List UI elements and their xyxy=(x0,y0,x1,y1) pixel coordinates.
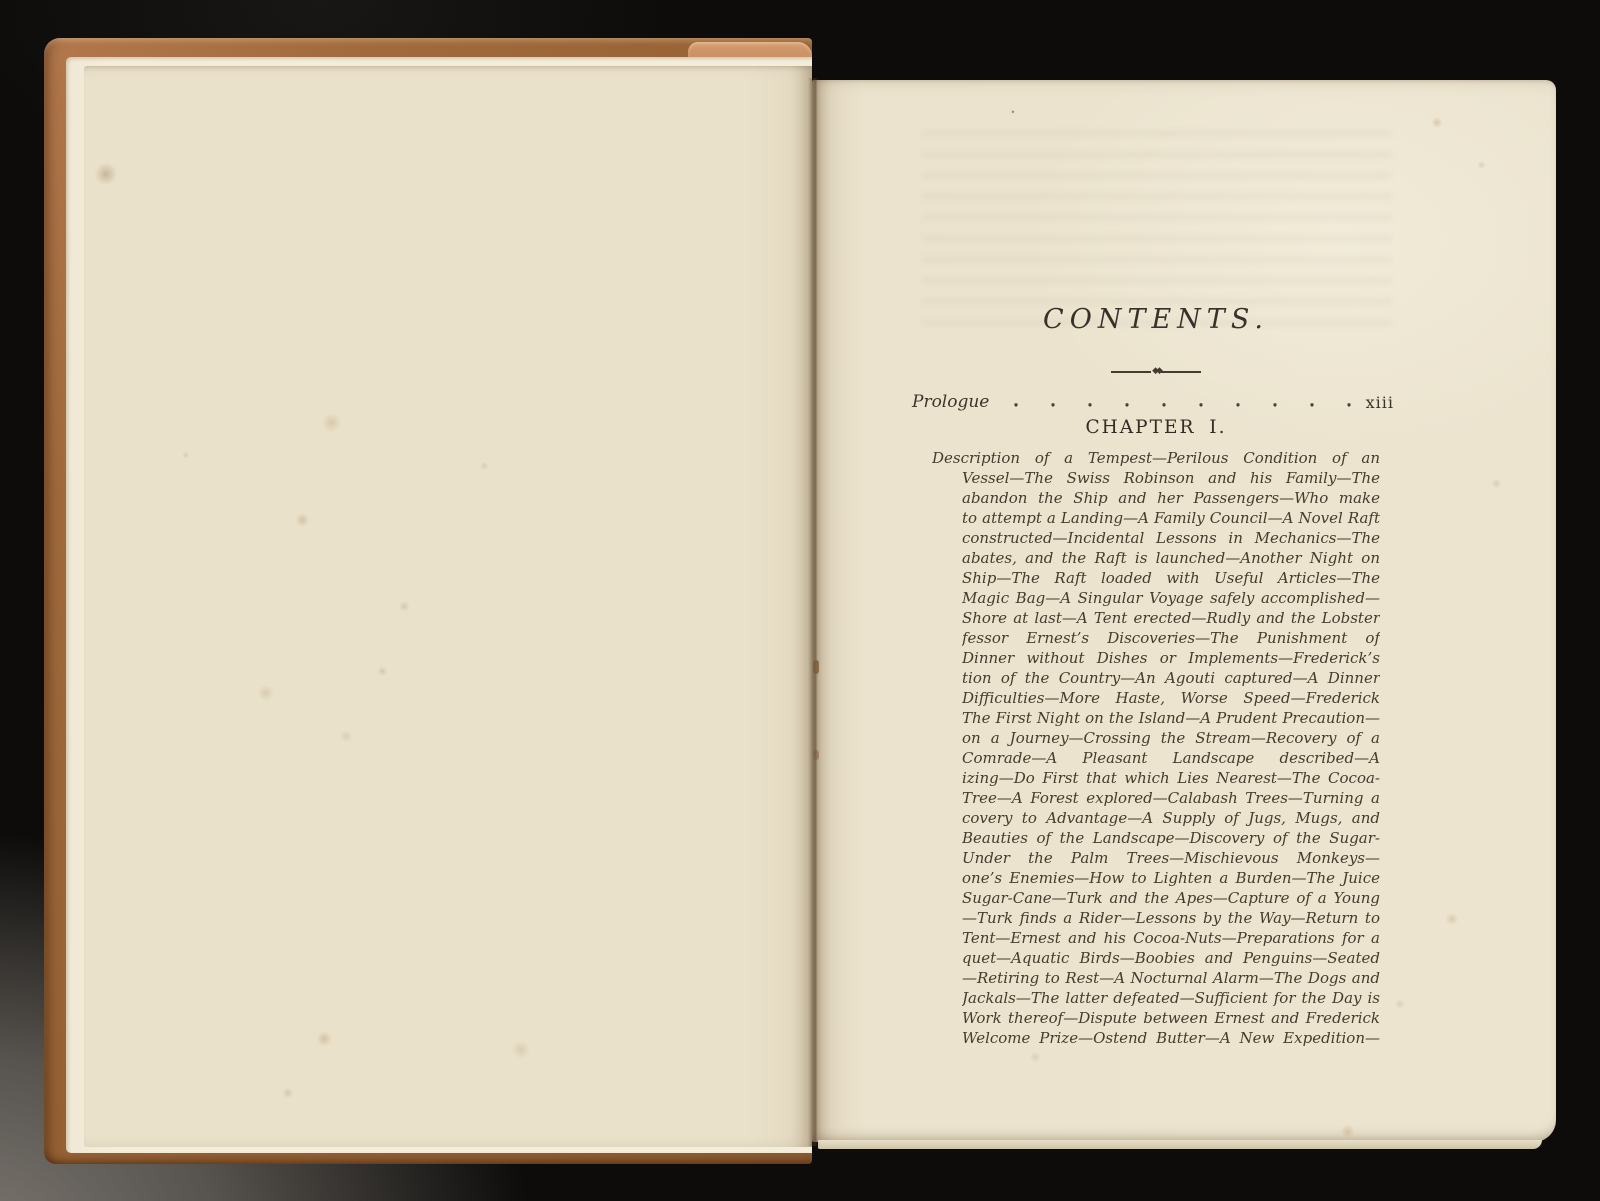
contents-line: abates, and the Raft is launched—Another… xyxy=(962,548,1380,568)
contents-line: Vessel—The Swiss Robinson and his Family… xyxy=(962,468,1380,488)
prologue-label: Prologue xyxy=(912,392,989,412)
contents-line: fessor Ernest’s Discoveries—The Punishme… xyxy=(962,628,1380,648)
contents-line: Welcome Prize—Ostend Butter—A New Expedi… xyxy=(962,1028,1380,1048)
contents-line: one’s Enemies—How to Lighten a Burden—Th… xyxy=(962,868,1380,888)
contents-line: tion of the Country—An Agouti captured—A… xyxy=(962,668,1380,688)
section-ornament: ◆◆ xyxy=(932,366,1380,378)
contents-line: Shore at last—A Tent erected—Rudly and t… xyxy=(962,608,1380,628)
contents-line: Ship—The Raft loaded with Useful Article… xyxy=(962,568,1380,588)
contents-line: Under the Palm Trees—Mischievous Monkeys… xyxy=(962,848,1380,868)
photo-background: CONTENTS. ◆◆ Prologue xiii CHAPTER I. De… xyxy=(0,0,1600,1201)
contents-line: Work thereof—Dispute between Ernest and … xyxy=(962,1008,1380,1028)
right-page-under-leaf xyxy=(818,1140,1542,1149)
chapter-summary: Description of a Tempest—Perilous Condit… xyxy=(962,448,1380,1048)
contents-line: Tree—A Forest explored—Calabash Trees—Tu… xyxy=(962,788,1380,808)
contents-line: —Turk finds a Rider—Lessons by the Way—R… xyxy=(962,908,1380,928)
dot-leader xyxy=(1013,390,1351,414)
contents-line: to attempt a Landing—A Family Council—A … xyxy=(962,508,1380,528)
contents-line: Jackals—The latter defeated—Sufficient f… xyxy=(962,988,1380,1008)
contents-line: abandon the Ship and her Passengers—Who … xyxy=(962,488,1380,508)
contents-line: Difficulties—More Haste, Worse Speed—Fre… xyxy=(962,688,1380,708)
page-title: CONTENTS. xyxy=(932,304,1380,335)
contents-line: on a Journey—Crossing the Stream—Recover… xyxy=(962,728,1380,748)
prologue-page-number: xiii xyxy=(1366,393,1394,412)
contents-line: —Retiring to Rest—A Nocturnal Alarm—The … xyxy=(962,968,1380,988)
left-blank-page xyxy=(84,66,812,1147)
contents-line: constructed—Incidental Lessons in Mechan… xyxy=(962,528,1380,548)
contents-line: Beauties of the Landscape—Discovery of t… xyxy=(962,828,1380,848)
binding-stitch xyxy=(813,750,819,760)
contents-line: quet—Aquatic Birds—Boobies and Penguins—… xyxy=(962,948,1380,968)
prologue-entry: Prologue xiii xyxy=(912,390,1394,414)
right-contents-page: CONTENTS. ◆◆ Prologue xiii CHAPTER I. De… xyxy=(812,80,1556,1142)
ornament-rule-right xyxy=(1161,371,1201,373)
chapter-heading: CHAPTER I. xyxy=(932,417,1380,438)
contents-line: Comrade—A Pleasant Landscape described—A… xyxy=(962,748,1380,768)
ornament-rule-left xyxy=(1111,371,1151,373)
contents-line: Dinner without Dishes or Implements—Fred… xyxy=(962,648,1380,668)
contents-line: izing—Do First that which Lies Nearest—T… xyxy=(962,768,1380,788)
contents-line: Sugar-Cane—Turk and the Apes—Capture of … xyxy=(962,888,1380,908)
contents-line: Tent—Ernest and his Cocoa-Nuts—Preparati… xyxy=(962,928,1380,948)
contents-line: Magic Bag—A Singular Voyage safely accom… xyxy=(962,588,1380,608)
contents-line: The First Night on the Island—A Prudent … xyxy=(962,708,1380,728)
diamond-ornament-icon: ◆◆ xyxy=(1152,366,1160,376)
binding-stitch xyxy=(813,660,819,674)
contents-line: covery to Advantage—A Supply of Jugs, Mu… xyxy=(962,808,1380,828)
gutter-shadow xyxy=(808,78,822,1146)
contents-line-first: Description of a Tempest—Perilous Condit… xyxy=(932,448,1380,468)
